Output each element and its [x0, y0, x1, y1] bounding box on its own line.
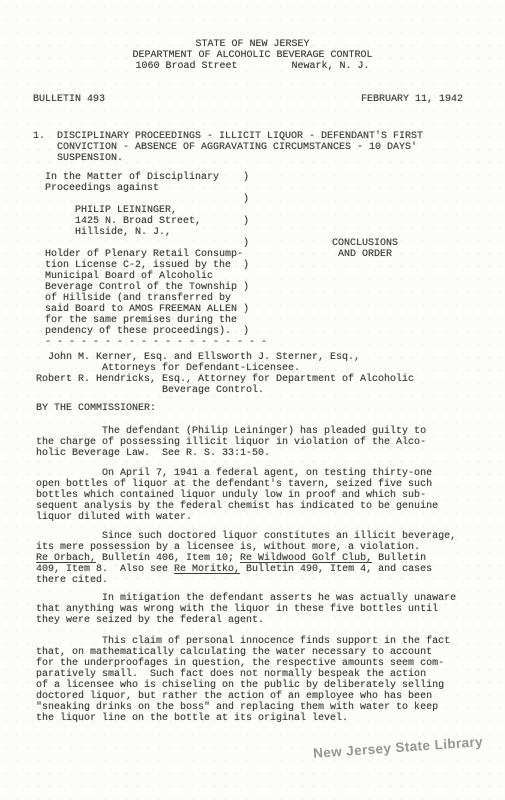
paragraph-line: The defendant (Philip Leininger) has ple…: [36, 426, 426, 437]
caption-line: Beverage Control of the Township ): [45, 282, 267, 293]
item-title: DISCIPLINARY PROCEEDINGS - ILLICIT LIQUO…: [57, 131, 423, 164]
caption-line: for the same premises during the: [45, 315, 267, 326]
caption-line-defendant-street: 1425 N. Broad Street, ): [45, 216, 267, 227]
letterhead-address: 1060 Broad Street Newark, N. J.: [0, 61, 505, 72]
caption-line: ): [45, 238, 267, 249]
paragraph-citations: Since such doctored liquor constitutes a…: [36, 531, 456, 586]
caption-line: Holder of Plenary Retail Consump-: [45, 249, 267, 260]
case-caption: In the Matter of Disciplinary ) Proceedi…: [45, 172, 267, 348]
paragraph-line: they were seized by the federal agent.: [36, 615, 456, 626]
paragraph-line: Since such doctored liquor constitutes a…: [36, 531, 456, 542]
paragraph-line: liquor diluted with water.: [36, 512, 438, 523]
caption-line-defendant-city: Hillside, N. J.,: [45, 227, 267, 238]
item-heading: 1. DISCIPLINARY PROCEEDINGS - ILLICIT LI…: [33, 131, 423, 164]
caption-line: pendency of these proceedings). ): [45, 326, 267, 337]
caption-line: tion License C-2, issued by the ): [45, 260, 267, 271]
counsel-line: Beverage Control.: [36, 385, 414, 396]
bulletin-row: BULLETIN 493 FEBRUARY 11, 1942: [33, 94, 463, 105]
paragraph-line-citation: 409, Item 8. Also see Re Moritko, Bullet…: [36, 564, 456, 575]
caption-line: said Board to AMOS FREEMAN ALLEN ): [45, 304, 267, 315]
paragraph-line: holic Beverage Law. See R. S. 33:1-50.: [36, 448, 426, 459]
paragraph-line: bottles which contained liquor unduly lo…: [36, 490, 438, 501]
item-title-line: DISCIPLINARY PROCEEDINGS - ILLICIT LIQUO…: [57, 131, 423, 142]
caption-line: of Hillside (and transferred by: [45, 293, 267, 304]
paragraph-line: On April 7, 1941 a federal agent, on tes…: [36, 468, 438, 479]
paragraph-line: that anything was wrong with the liquor …: [36, 604, 456, 615]
library-stamp: New Jersey State Library: [313, 736, 484, 759]
letterhead: STATE OF NEW JERSEY DEPARTMENT OF ALCOHO…: [0, 39, 505, 72]
paragraph-mitigation: In mitigation the defendant asserts he w…: [36, 593, 456, 626]
letterhead-department: DEPARTMENT OF ALCOHOLIC BEVERAGE CONTROL: [0, 50, 505, 61]
item-title-line: CONVICTION - ABSENCE OF AGGRAVATING CIRC…: [57, 142, 423, 153]
caption-line: ): [45, 194, 267, 205]
caption-line: Proceedings against: [45, 183, 267, 194]
bulletin-number: BULLETIN 493: [33, 94, 105, 105]
paragraph-line: In mitigation the defendant asserts he w…: [36, 593, 456, 604]
conclusions-and-order-label: CONCLUSIONS AND ORDER: [332, 238, 398, 260]
caption-divider: - - - - - - - - - - - - - - - - - - -: [45, 337, 267, 348]
paragraph-line: open bottles of liquor at the defendant'…: [36, 479, 438, 490]
paragraph-line: sequent analysis by the federal chemist …: [36, 501, 438, 512]
paragraph-plea: The defendant (Philip Leininger) has ple…: [36, 426, 426, 459]
paragraph-line: the liquor line on the bottle at its ori…: [36, 713, 450, 724]
paragraph-line: for the underproofages in question, the …: [36, 658, 450, 669]
counsel-line: John M. Kerner, Esq. and Ellsworth J. St…: [36, 352, 414, 363]
bulletin-date: FEBRUARY 11, 1942: [361, 94, 463, 105]
caption-line: Municipal Board of Alcoholic: [45, 271, 267, 282]
and-order-label: AND ORDER: [332, 249, 398, 260]
paragraph-line: of a licensee who is chiseling on the pu…: [36, 680, 450, 691]
caption-line: In the Matter of Disciplinary ): [45, 172, 267, 183]
paragraph-line: there cited.: [36, 575, 456, 586]
document-page: STATE OF NEW JERSEY DEPARTMENT OF ALCOHO…: [0, 0, 505, 800]
paragraph-line: its mere possession by a licensee is, wi…: [36, 542, 456, 553]
paragraph-line: "sneaking drinks on the boss" and replac…: [36, 702, 450, 713]
paragraph-innocence-claim: This claim of personal innocence finds s…: [36, 636, 450, 724]
item-number: 1.: [33, 131, 57, 164]
paragraph-line: This claim of personal innocence finds s…: [36, 636, 450, 647]
paragraph-line: the charge of possessing illicit liquor …: [36, 437, 426, 448]
by-commissioner-heading: BY THE COMMISSIONER:: [36, 403, 156, 414]
conclusions-label: CONCLUSIONS: [332, 238, 398, 249]
paragraph-line: that, on mathematically calculating the …: [36, 647, 450, 658]
paragraph-line: doctored liquor, but rather the action o…: [36, 691, 450, 702]
counsel-line: Attorneys for Defendant-Licensee.: [36, 363, 414, 374]
caption-line-defendant-name: PHILIP LEININGER,: [45, 205, 267, 216]
paragraph-line: paratively small. Such fact does not nor…: [36, 669, 450, 680]
paragraph-line-citation: Re Orbach, Bulletin 406, Item 10; Re Wil…: [36, 553, 456, 564]
paragraph-seizure: On April 7, 1941 a federal agent, on tes…: [36, 468, 438, 523]
letterhead-state: STATE OF NEW JERSEY: [0, 39, 505, 50]
counsel-block: John M. Kerner, Esq. and Ellsworth J. St…: [36, 352, 414, 396]
item-title-line: SUSPENSION.: [57, 153, 423, 164]
counsel-line: Robert R. Hendricks, Esq., Attorney for …: [36, 374, 414, 385]
